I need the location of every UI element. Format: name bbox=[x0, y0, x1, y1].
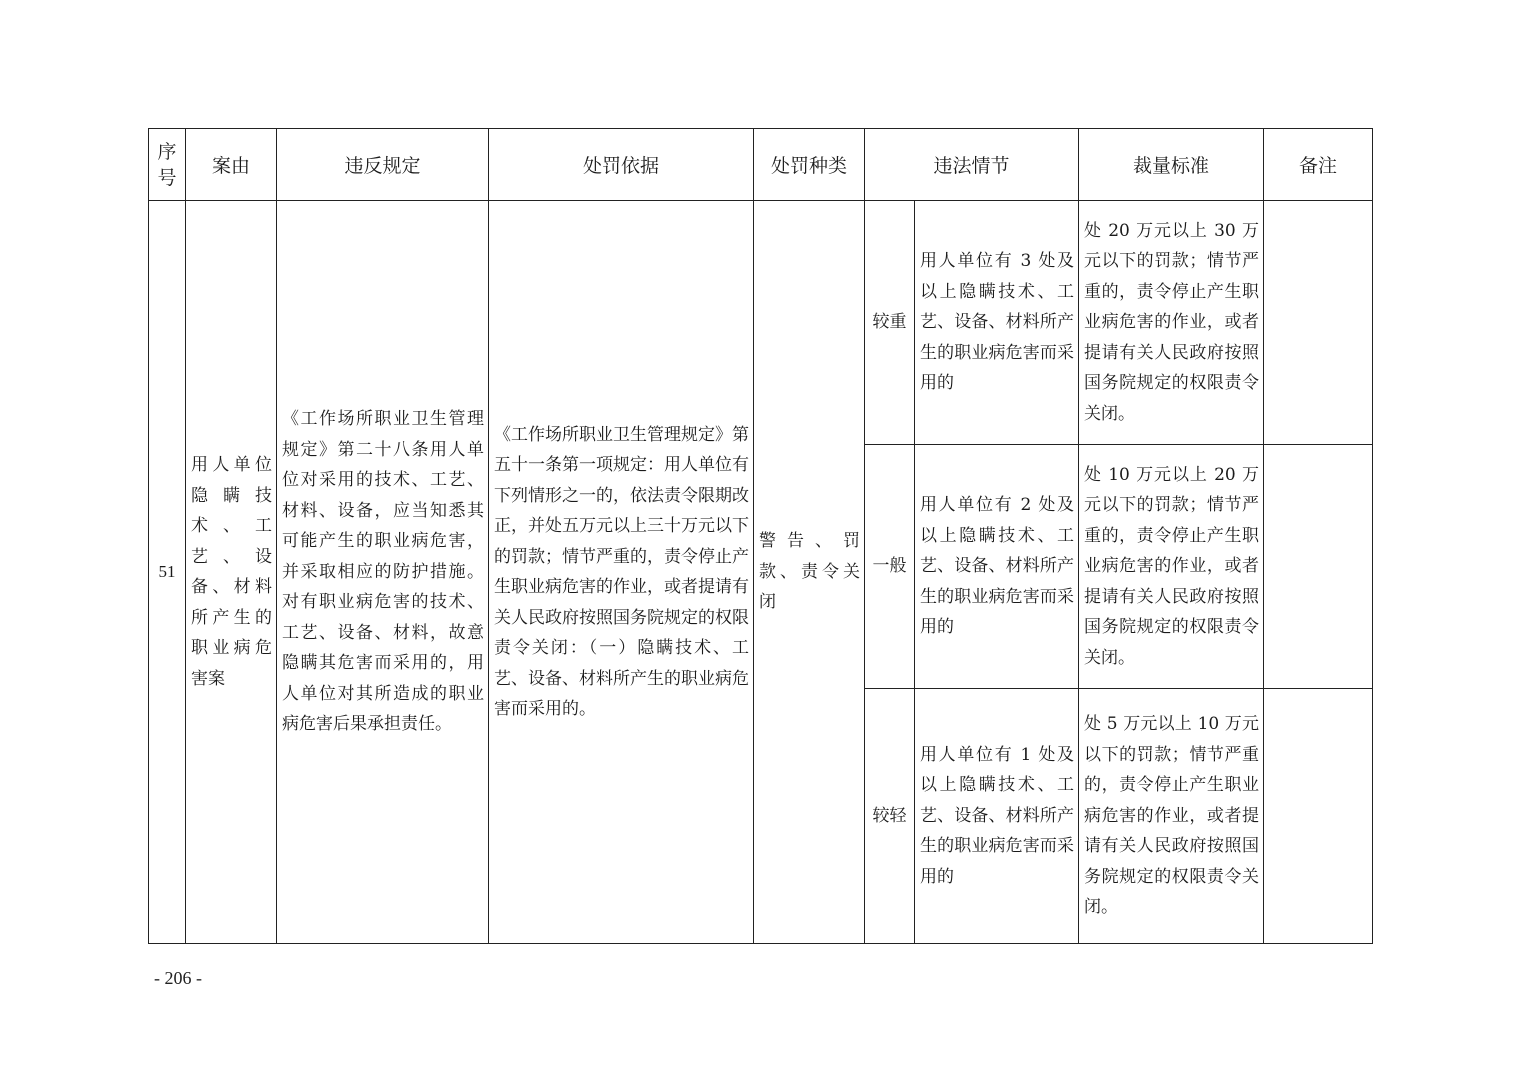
header-penalty-type: 处罚种类 bbox=[754, 129, 865, 201]
header-seq: 序号 bbox=[149, 129, 186, 201]
level-severe: 较重 bbox=[865, 201, 915, 445]
standard-general: 处 10 万元以上 20 万元以下的罚款；情节严重的，责令停止产生职业病危害的作… bbox=[1079, 445, 1264, 689]
page-number: - 206 - bbox=[154, 968, 202, 989]
circumstance-general: 用人单位有 2 处及以上隐瞒技术、工艺、设备、材料所产生的职业病危害而采用的 bbox=[915, 445, 1079, 689]
header-row: 序号 案由 违反规定 处罚依据 处罚种类 违法情节 裁量标准 备注 bbox=[149, 129, 1373, 201]
penalty-discretion-table: 序号 案由 违反规定 处罚依据 处罚种类 违法情节 裁量标准 备注 51 用人单… bbox=[148, 128, 1373, 944]
level-general: 一般 bbox=[865, 445, 915, 689]
header-standard: 裁量标准 bbox=[1079, 129, 1264, 201]
circumstance-minor: 用人单位有 1 处及以上隐瞒技术、工艺、设备、材料所产生的职业病危害而采用的 bbox=[915, 689, 1079, 944]
header-remarks: 备注 bbox=[1264, 129, 1373, 201]
header-violated-rule: 违反规定 bbox=[277, 129, 489, 201]
row-case: 用人单位隐瞒技术、工艺、设备、材料所产生的职业病危害案 bbox=[186, 201, 277, 944]
level-minor: 较轻 bbox=[865, 689, 915, 944]
standard-severe: 处 20 万元以上 30 万元以下的罚款；情节严重的，责令停止产生职业病危害的作… bbox=[1079, 201, 1264, 445]
table-row: 51 用人单位隐瞒技术、工艺、设备、材料所产生的职业病危害案 《工作场所职业卫生… bbox=[149, 201, 1373, 445]
remarks-general bbox=[1264, 445, 1373, 689]
header-penalty-basis: 处罚依据 bbox=[489, 129, 754, 201]
header-circumstances: 违法情节 bbox=[865, 129, 1079, 201]
remarks-minor bbox=[1264, 689, 1373, 944]
remarks-severe bbox=[1264, 201, 1373, 445]
standard-minor: 处 5 万元以上 10 万元以下的罚款；情节严重的，责令停止产生职业病危害的作业… bbox=[1079, 689, 1264, 944]
circumstance-severe: 用人单位有 3 处及以上隐瞒技术、工艺、设备、材料所产生的职业病危害而采用的 bbox=[915, 201, 1079, 445]
row-penalty-basis: 《工作场所职业卫生管理规定》第五十一条第一项规定：用人单位有下列情形之一的，依法… bbox=[489, 201, 754, 944]
header-case: 案由 bbox=[186, 129, 277, 201]
row-penalty-type: 警告、罚款、责令关闭 bbox=[754, 201, 865, 944]
row-seq: 51 bbox=[149, 201, 186, 944]
row-violated-rule: 《工作场所职业卫生管理规定》第二十八条用人单位对采用的技术、工艺、材料、设备，应… bbox=[277, 201, 489, 944]
